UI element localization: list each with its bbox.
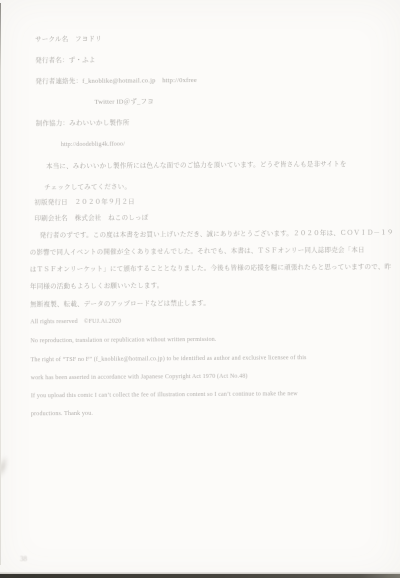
afterword-line-1: 発行者のずです。この度は本書をお買い上げいただき、誠にありがとうございます。２０…: [40, 228, 394, 240]
credit-note-line-2: チェックしてみてください。: [44, 183, 131, 193]
scan-left-edge-line: [0, 3, 1, 565]
scan-bottom-edge-bar: [0, 574, 400, 578]
english-notice-line-5: productions. Thank you.: [31, 410, 93, 419]
english-notice-line-4: If you upload this comic I can’t collect…: [31, 390, 298, 401]
afterword-line-4: 年同様の活動もよろしくお願いいたします。: [30, 281, 164, 291]
scanned-page: サークル名 フヨドリ 発行者名：ず・ふよ 発行者連絡先：f_knoblike@h…: [0, 0, 400, 578]
printer-name-line: 印刷会社名 株式会社 ねこのしっぽ: [34, 213, 148, 223]
english-notice-line-2: The right of “TSF no F” (f_knoblike@hotm…: [31, 354, 307, 365]
credit-note-line-1: 本当に、みわいいかし製作所には色んな面でのご協力を頂いています。どうぞ皆さんも是…: [46, 160, 347, 171]
rights-reserved-line: All rights reserved ©FUJ.Ai.2020: [30, 318, 121, 328]
colophon-text-block: サークル名 フヨドリ 発行者名：ず・ふよ 発行者連絡先：f_knoblike@h…: [0, 0, 400, 578]
publisher-contact-line: 発行者連絡先：f_knoblike@hotmail.co.jp http://0…: [35, 76, 197, 86]
prohibition-line: 無断複製、転載、データのアップロードなどは禁止します。: [30, 299, 210, 309]
twitter-id-line: Twitter ID＠ず_フヨ: [94, 97, 153, 106]
english-notice-line-3: work has been asserted in accordance wit…: [31, 373, 248, 384]
afterword-line-2: の影響で同人イベントの開催が全くありませんでした。それでも、本書は、ＴＳＦオンリ…: [30, 246, 365, 258]
first-edition-date-line: 初版発行日 ２０２０年９月２日: [34, 198, 135, 208]
credit-url-line: http://doodeblig4k.ffooo/: [61, 141, 125, 151]
english-notice-line-1: No reproduction, translation or republic…: [30, 336, 216, 346]
page-number: 38: [20, 555, 27, 563]
afterword-line-3: はＴＳＦオンリーケット」にて頒布することとなりました。今後も皆様の応援を糧に頑張…: [30, 262, 391, 274]
circle-name-line: サークル名 フヨドリ: [35, 35, 102, 45]
production-credit-line: 制作協力：みわいいかし製作所: [36, 119, 130, 129]
publisher-name-line: 発行者名：ず・ふよ: [35, 56, 95, 65]
